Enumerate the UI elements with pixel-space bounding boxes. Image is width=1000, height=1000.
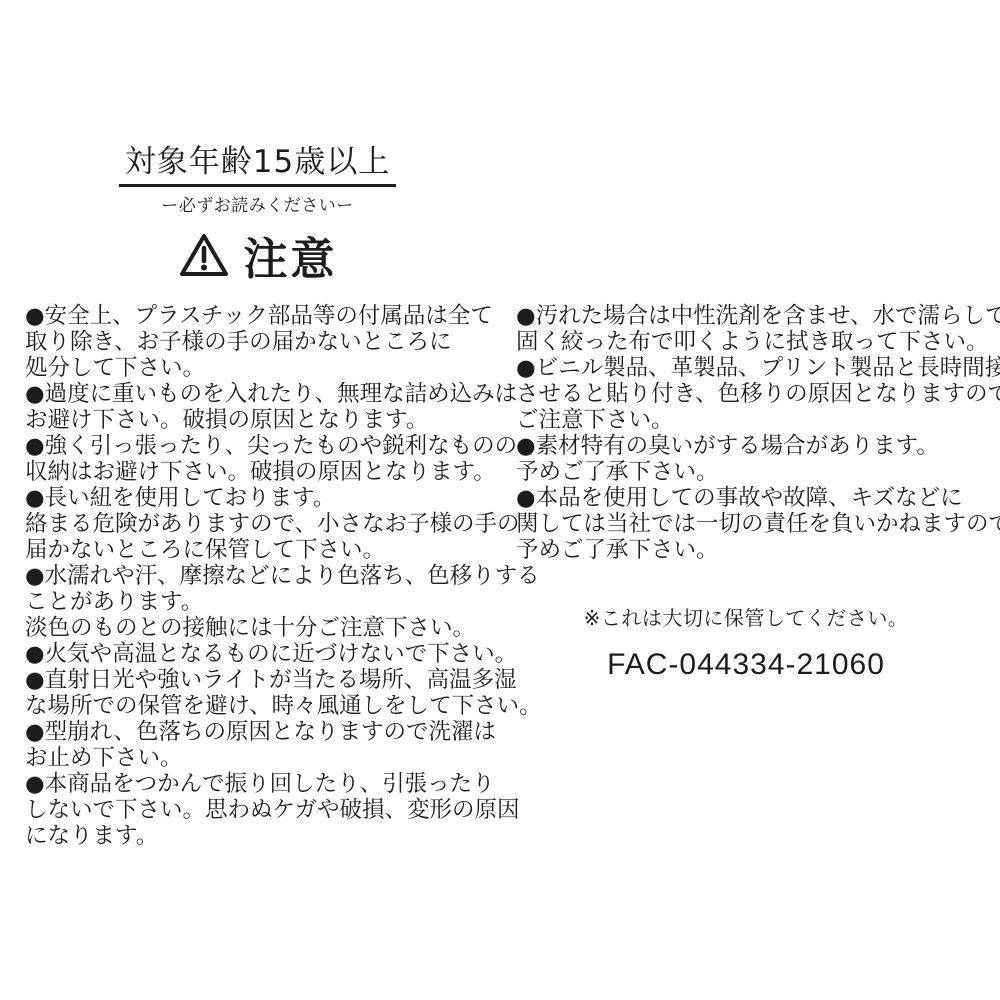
- caution-label: 注意: [244, 223, 338, 287]
- footer: ※これは大切に保管してください。 FAC-044334-21060: [520, 602, 972, 682]
- keep-safely-note: ※これは大切に保管してください。: [520, 602, 972, 631]
- caution-label-page: 対象年齢15歳以上 ー必ずお読みくださいー 注意 ●安全上、プラスチック部品等の…: [0, 0, 1000, 1000]
- warnings-left-column: ●安全上、プラスチック部品等の付属品は全て 取り除き、お子様の手の届かないところ…: [25, 303, 510, 849]
- age-restriction-label: 対象年齢15歳以上: [119, 136, 396, 187]
- caution-heading: 注意: [0, 223, 515, 287]
- must-read-note: ー必ずお読みくださいー: [0, 191, 515, 216]
- product-code: FAC-044334-21060: [520, 648, 972, 682]
- header: 対象年齢15歳以上 ー必ずお読みくださいー 注意: [0, 136, 515, 287]
- warning-triangle-icon: [178, 232, 230, 279]
- warnings-right-column: ●汚れた場合は中性洗剤を含ませ、水で濡らして 固く絞った布で叩くように拭き取って…: [516, 303, 986, 563]
